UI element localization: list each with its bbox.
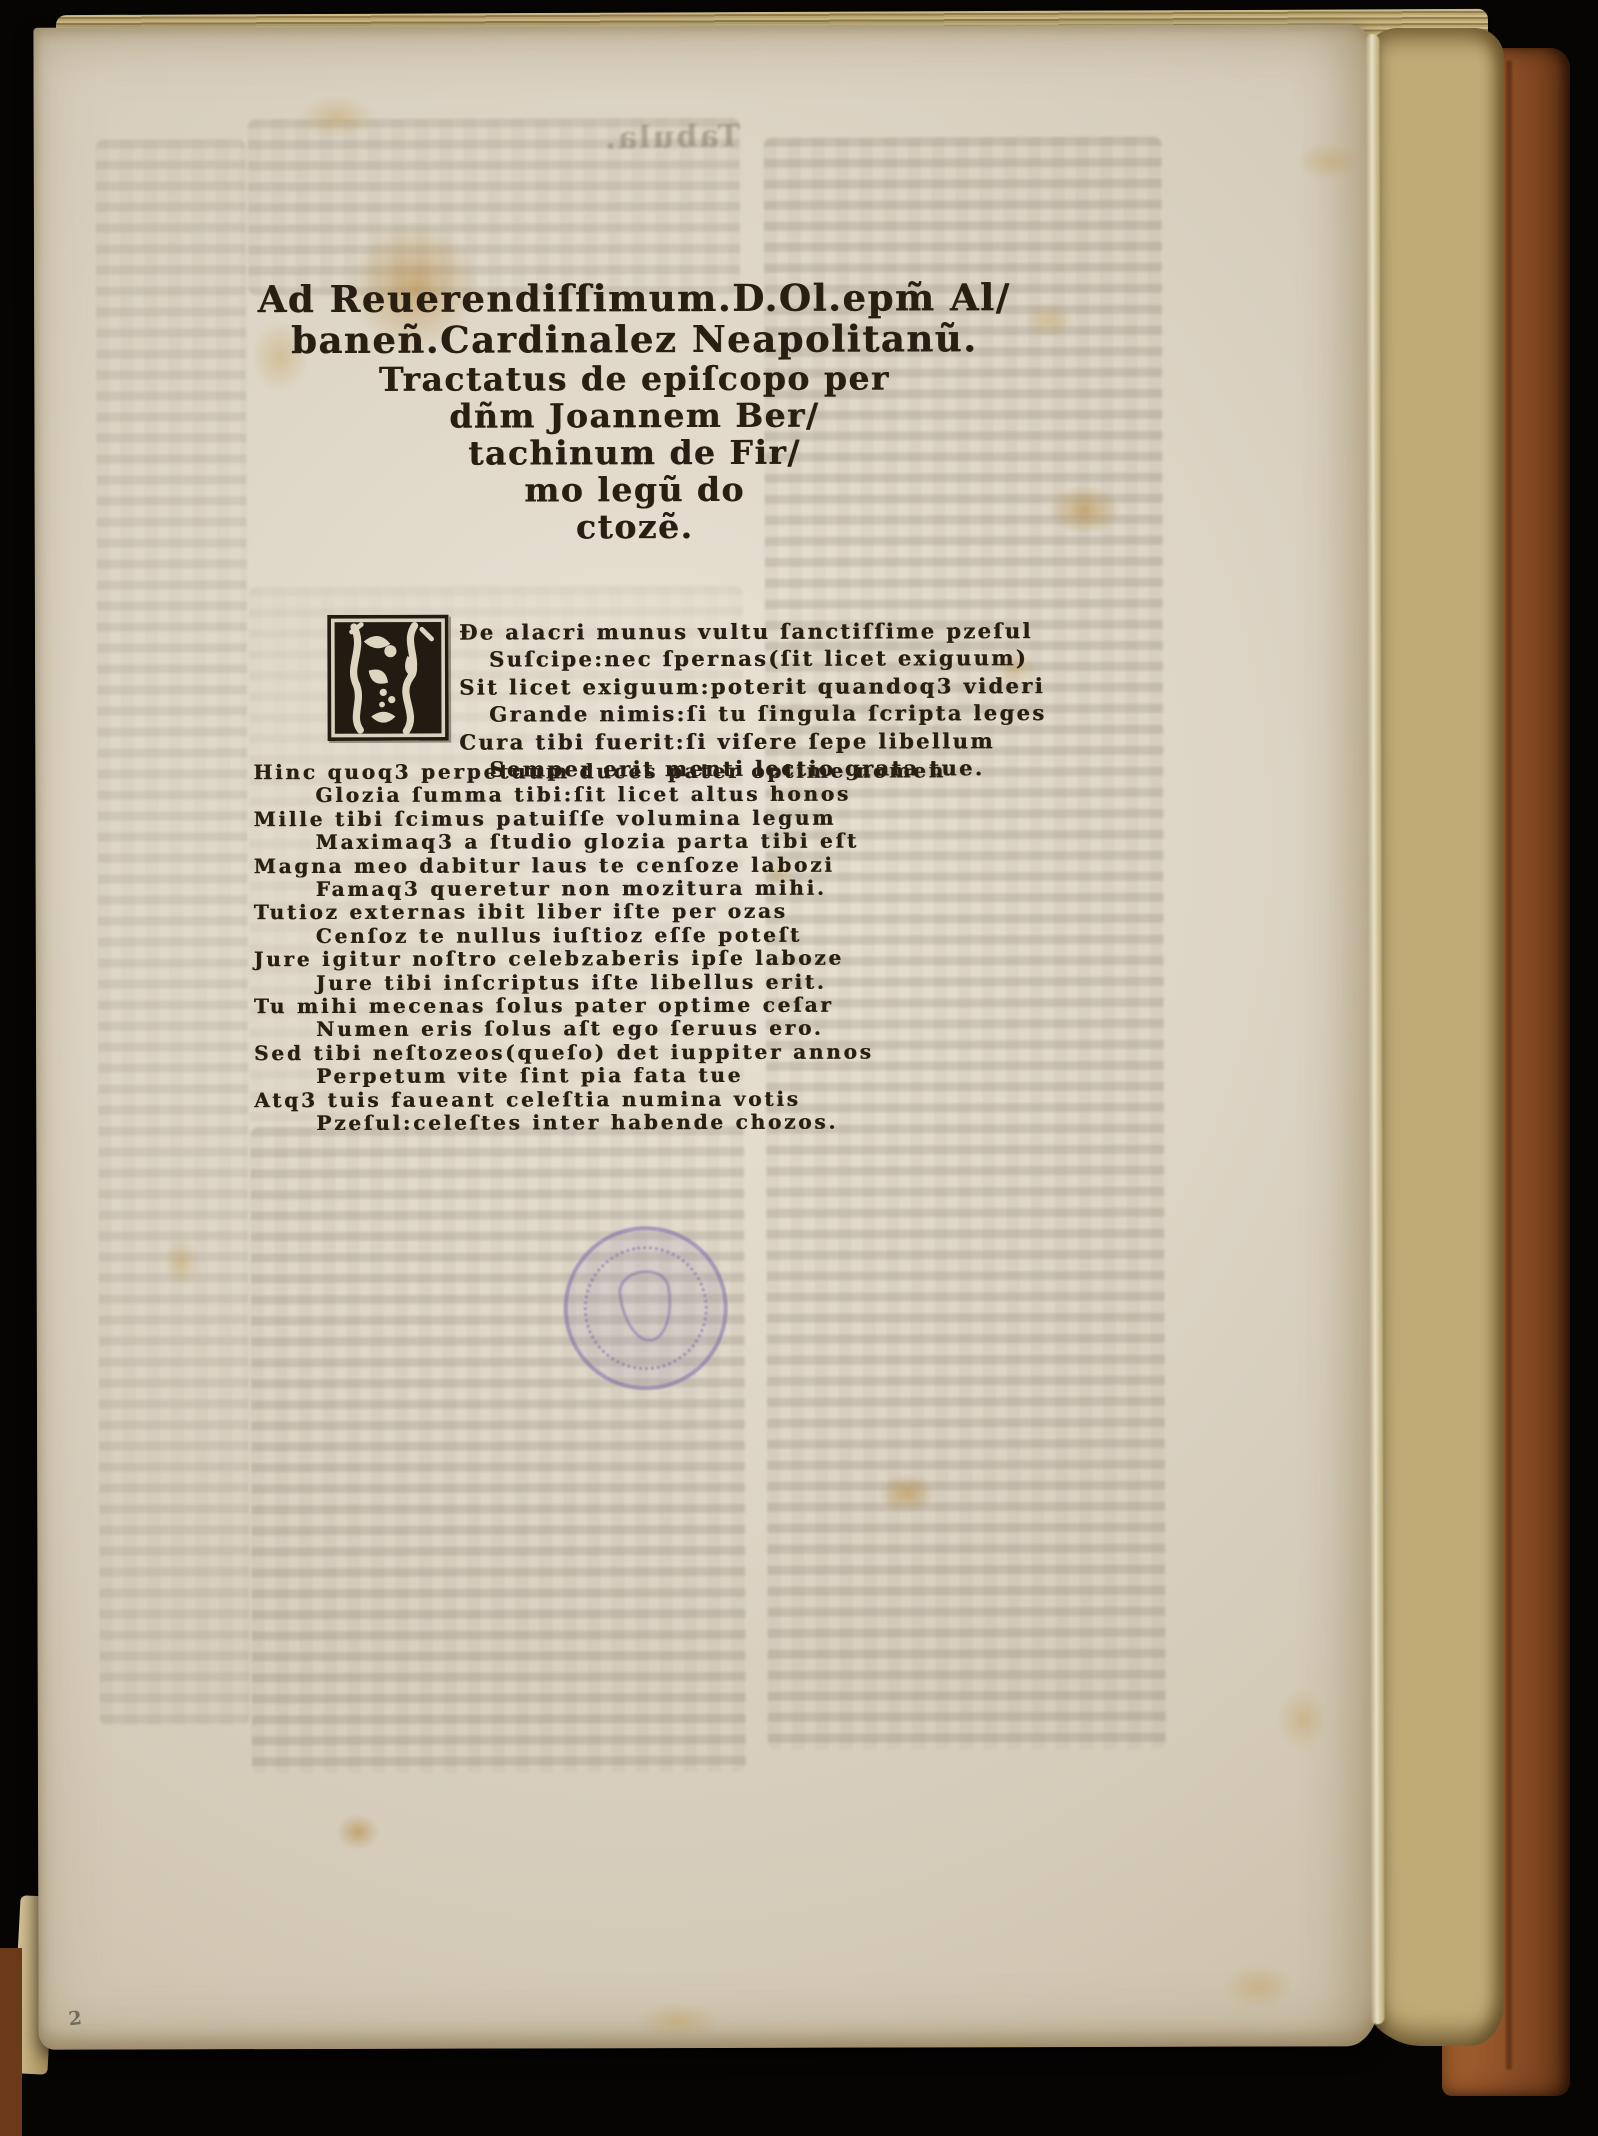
corner-mark: 2 [67, 2007, 83, 2030]
poem-line: Cura tibi fuerit:ſi viſere ſepe libellum [459, 727, 1046, 756]
title-line: tachinum de Fir/ [228, 433, 1040, 472]
poem-line: Glozia ſumma tibi:ſit licet altus honos [253, 783, 946, 808]
poem-line: Jure igitur noſtro celebzaberis ipſe lab… [254, 947, 947, 972]
title-line: ctozẽ. [229, 507, 1041, 546]
stain [156, 1227, 206, 1297]
poem-line: Pzeſul:celeſtes inter habende chozos. [254, 1110, 947, 1135]
poem-line: Suſcipe:nec ſpernas(ſit licet exiguum) [459, 645, 1046, 674]
show-through-heading: Tabula. [541, 117, 802, 157]
poem-line: Numen eris ſolus aſt ego ſeruus ero. [254, 1017, 947, 1042]
book-photograph: Tabula. Ad Reuerendiſſimum.D.Ol.epm̃ Al/… [0, 0, 1598, 2136]
title-line: Ad Reuerendiſſimum.D.Ol.epm̃ Al/ [228, 277, 1040, 320]
stain [619, 1996, 739, 2046]
poem-line: Sed tibi neſtozeos(queſo) det iuppiter a… [254, 1040, 947, 1065]
stain [1284, 134, 1374, 188]
poem-line: Jure tibi inſcriptus iſte libellus erit. [254, 970, 947, 995]
poem-line: Magna meo dabitur laus te cenſoze labozi [254, 853, 947, 878]
poem-line: Hinc quoq3 perpetuum duces pater optime … [253, 759, 946, 784]
poem-line: Grande nimis:ſi tu ſingula ſcripta leges [459, 699, 1046, 728]
poem-line: Tutioz externas ibit liber iſte per ozas [254, 900, 947, 925]
poem-line: Maximaq3 a ſtudio glozia parta tibi eſt [253, 830, 946, 855]
poem-line: Atq3 tuis faueant celeſtia numina votis [254, 1087, 947, 1112]
cover-sliver-bottom-left [0, 1948, 22, 2136]
poem-line: Ðe alacri munus vultu ſanctiſſime pzeſul [459, 617, 1046, 646]
stain [1268, 1674, 1338, 1764]
show-through-left-margin [96, 139, 250, 1725]
show-through-below-poem [250, 1126, 746, 1773]
stain [867, 1465, 947, 1521]
poem-line: Cenſoz te nullus iuſtioz eſſe poteſt [254, 923, 947, 948]
cover-ridge [1506, 60, 1512, 2070]
title-line: baneñ.Cardinalez Neapolitanũ. [228, 318, 1040, 361]
book-page: Tabula. Ad Reuerendiſſimum.D.Ol.epm̃ Al/… [33, 24, 1380, 2050]
poem-lower-block: Hinc quoq3 perpetuum duces pater optime … [253, 759, 947, 1135]
stain [328, 1807, 388, 1857]
title-block: Ad Reuerendiſſimum.D.Ol.epm̃ Al/ baneñ.C… [228, 277, 1041, 546]
stain [282, 87, 392, 147]
title-line: mo legũ do [229, 470, 1041, 509]
poem-line: Sit licet exiguum:poterit quandoq3 vider… [459, 672, 1046, 701]
title-line: dñm Joannem Ber/ [228, 396, 1040, 435]
stain [1208, 1954, 1308, 2018]
poem-line: Perpetum vite ſint pia fata tue [254, 1064, 947, 1089]
poem-line: Famaq3 queretur non mozitura mihi. [254, 876, 947, 901]
title-line: Tractatus de epiſcopo per [228, 359, 1040, 398]
poem-line: Tu mihi mecenas ſolus pater optime ceſar [254, 993, 947, 1018]
stain [1035, 475, 1135, 545]
poem-line: Mille tibi ſcimus patuiſſe volumina legu… [253, 806, 946, 831]
woodcut-initial [327, 615, 449, 741]
